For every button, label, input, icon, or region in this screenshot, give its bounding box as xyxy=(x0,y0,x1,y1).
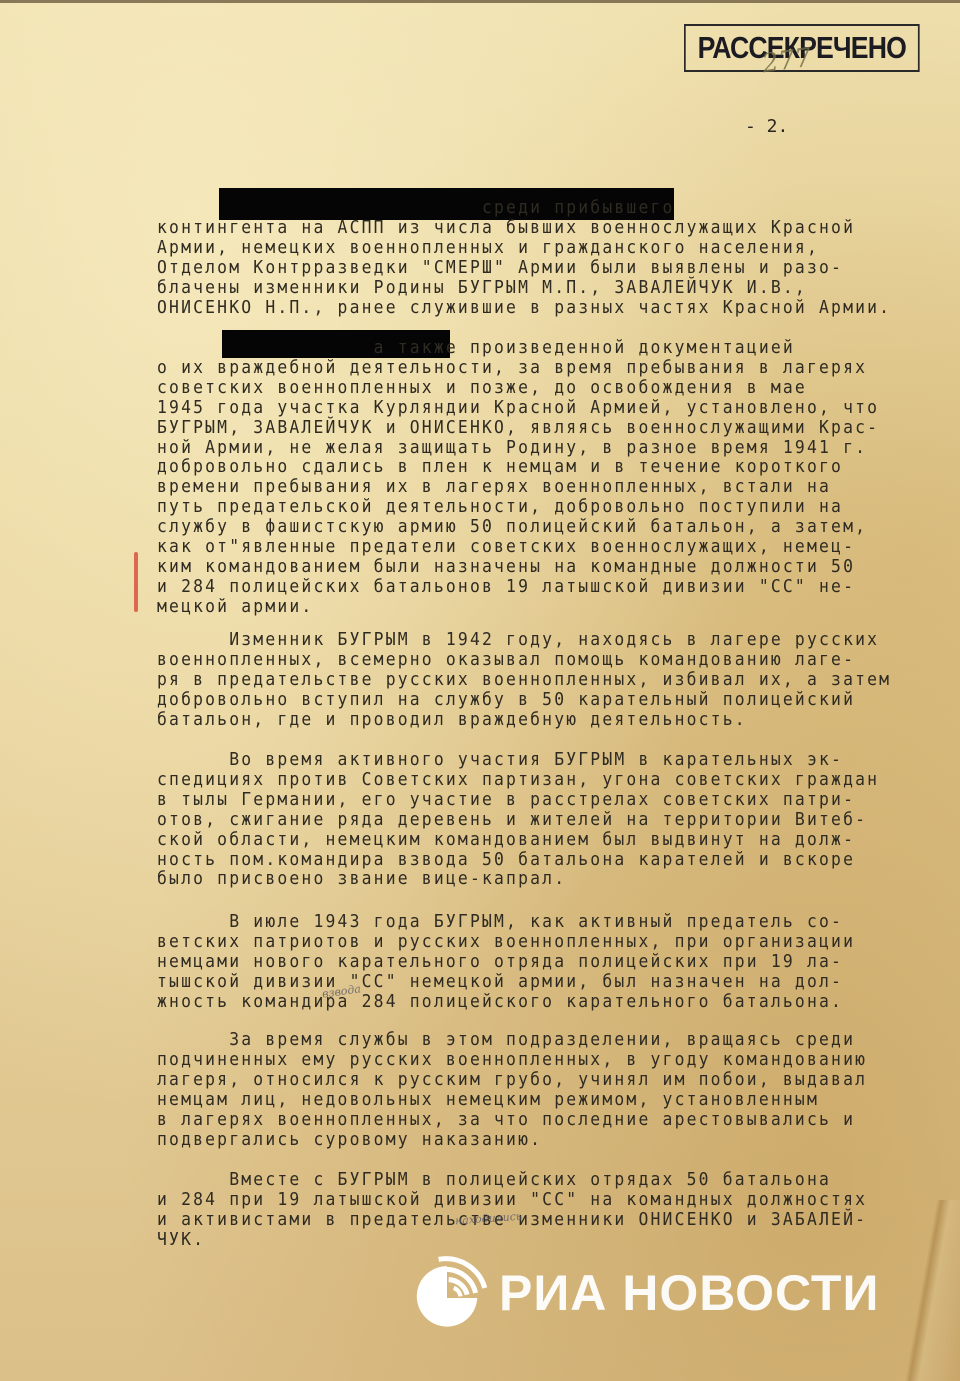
red-margin-mark xyxy=(134,552,138,612)
typed-line: подвергались суровому наказанию. xyxy=(157,1130,542,1150)
typed-line: тышской дивизии "СС" немецкой армии, был… xyxy=(157,972,843,992)
typed-line: путь предательской деятельности, доброво… xyxy=(157,497,843,517)
typed-line: За время службы в этом подразделении, вр… xyxy=(157,1030,855,1050)
typed-line: времени пребывания их в лагерях военнопл… xyxy=(157,477,831,497)
typed-line: ЧУК. xyxy=(157,1230,205,1250)
typed-line: добровольно сдались в плен к немцам и в … xyxy=(157,457,843,477)
typed-line: спедициях против Советских партизан, уго… xyxy=(157,770,879,790)
typed-line: жность командира 284 полицейского карате… xyxy=(157,992,843,1012)
ria-novosti-watermark: РИА НОВОСТИ xyxy=(405,1248,925,1338)
typed-line: немцами нового карательного отряда полиц… xyxy=(157,952,843,972)
typed-line: в лагерях военнопленных, за что последни… xyxy=(157,1110,855,1130)
typed-line: ской области, немецким командованием был… xyxy=(157,830,855,850)
typed-line: БУГРЫМ, ЗАВАЛЕЙЧУК и ОНИСЕНКО, являясь в… xyxy=(157,418,879,438)
typed-line: а также произведенной документацией xyxy=(157,338,795,358)
typed-line: лагеря, относился к русским грубо, учиня… xyxy=(157,1070,867,1090)
typed-line: контингента на АСПП из числа бывших воен… xyxy=(157,218,855,238)
page-top-edge xyxy=(0,0,960,3)
watermark-text: РИА НОВОСТИ xyxy=(499,1264,879,1322)
typed-line: В июле 1943 года БУГРЫМ, как активный пр… xyxy=(157,912,843,932)
typed-line: ность пом.командира взвода 50 батальона … xyxy=(157,850,855,870)
typed-line: как от"явленные предатели советских воен… xyxy=(157,537,855,557)
typed-line: немцам лиц, недовольных немецким режимом… xyxy=(157,1090,819,1110)
typed-line: Изменник БУГРЫМ в 1942 году, находясь в … xyxy=(157,630,879,650)
typed-line: Армии, немецких военнопленных и гражданс… xyxy=(157,238,819,258)
typed-line: было присвоено звание вице-капрал. xyxy=(157,869,566,889)
typed-line: в тылы Германии, его участие в расстрела… xyxy=(157,790,855,810)
typed-line: и 284 при 19 латышской дивизии "СС" на к… xyxy=(157,1190,867,1210)
typed-line: ОНИСЕНКО Н.П., ранее служившие в разных … xyxy=(157,298,891,318)
typed-line: ной Армии, не желая защищать Родину, в р… xyxy=(157,438,867,458)
typed-line: службу в фашистскую армию 50 полицейский… xyxy=(157,517,867,537)
typed-line: ветских патриотов и русских военнопленны… xyxy=(157,932,855,952)
typed-line: отов, сжигание ряда деревень и жителей н… xyxy=(157,810,867,830)
typed-line: Во время активного участия БУГРЫМ в кара… xyxy=(157,750,843,770)
typed-line: среди прибывшего xyxy=(157,198,675,218)
typed-line: и 284 полицейских батальонов 19 латышско… xyxy=(157,577,855,597)
typed-line: добровольно вступил на службу в 50 карат… xyxy=(157,690,855,710)
page-number: - 2. xyxy=(745,116,788,137)
typed-line: ря в предательстве русских военнопленных… xyxy=(157,670,891,690)
typed-line: военнопленных, всемерно оказывал помощь … xyxy=(157,650,855,670)
typed-line: Отделом Контрразведки "СМЕРШ" Армии были… xyxy=(157,258,843,278)
typed-line: мецкой армии. xyxy=(157,597,313,617)
typed-line: ким командованием были назначены на кома… xyxy=(157,557,855,577)
ria-globe-logo-icon xyxy=(405,1251,489,1335)
typed-line: Вместе с БУГРЫМ в полицейских отрядах 50… xyxy=(157,1170,831,1190)
typed-line: подчиненных ему русских военнопленных, в… xyxy=(157,1050,867,1070)
typed-line: советских военнопленных и позже, до осво… xyxy=(157,378,807,398)
typed-line: 1945 года участка Курляндии Красной Арми… xyxy=(157,398,879,418)
typed-line: блачены изменники Родины БУГРЫМ М.П., ЗА… xyxy=(157,278,807,298)
typed-line: о их враждебной деятельности, за время п… xyxy=(157,358,867,378)
typed-line: батальон, где и проводил враждебную деят… xyxy=(157,710,747,730)
